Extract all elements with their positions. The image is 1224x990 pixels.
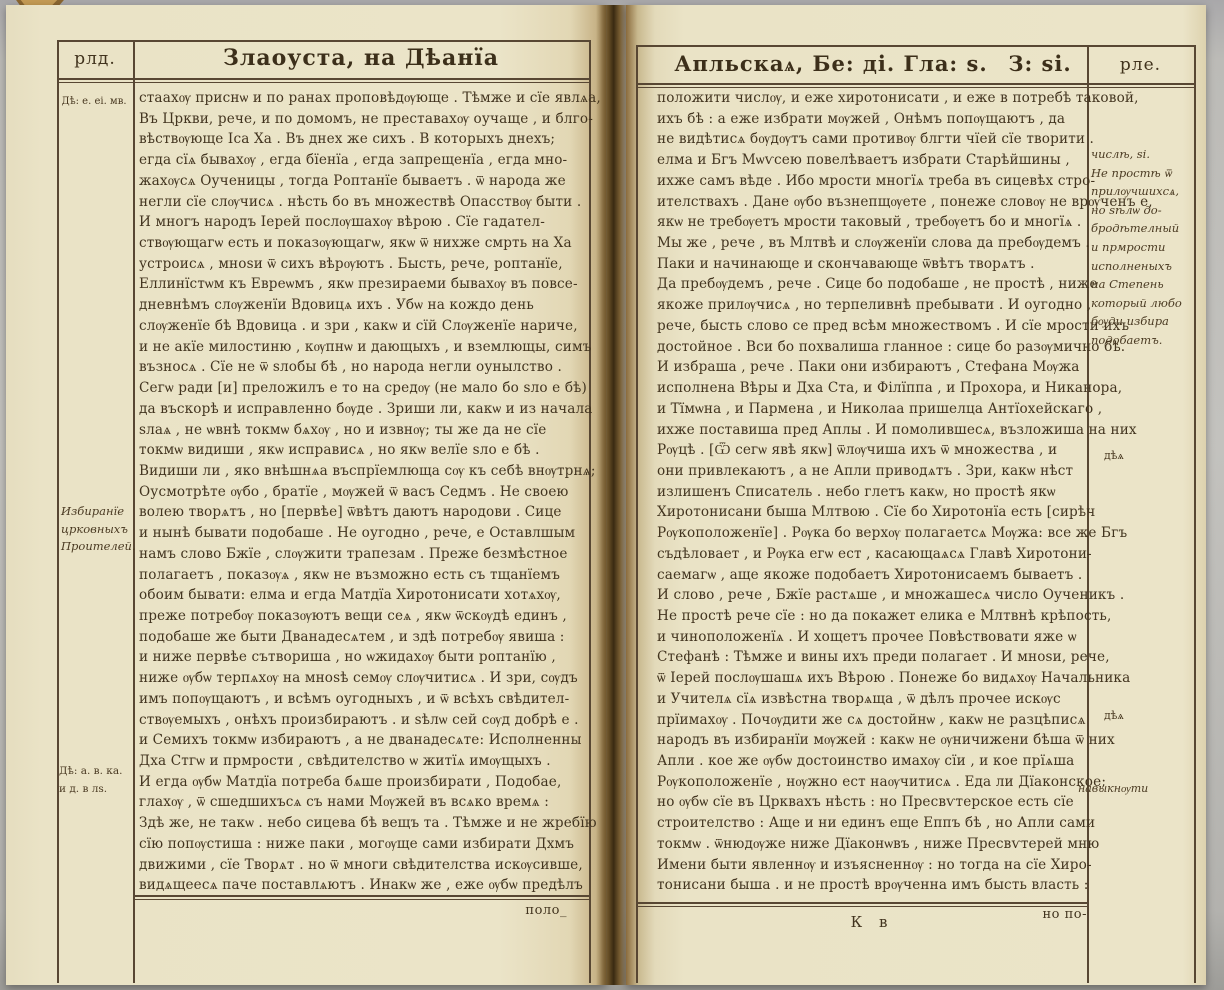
text-line: устроисѧ , мноѕи ѿ сихъ вѣрѹютъ . Бысть,… [139,254,587,275]
text-line: дневнѣмъ слѹженїи Вдовицѧ ихъ . Убѡ на к… [139,295,587,316]
text-line: Рѹкоположенїе , нѹжно ест наѹчитисѧ . Ед… [657,772,1087,793]
text-line: Имени быти явленнѹ и изъясненнѹ : но тог… [657,855,1087,876]
text-line: якѡ не требѹетъ мрости таковый , требѹет… [657,212,1087,233]
text-line: тонисани быша . и не простѣ врѹченна имъ… [657,875,1087,896]
text-line: обоим бывати: елма и егда Матдїа Хиротон… [139,585,587,606]
text-line: сїю попѹстиша : ниже паки , могѹще сами … [139,834,587,855]
text-line: Еллинїстѡм къ Евреѡмъ , якѡ презираеми б… [139,274,587,295]
frame-rule [57,40,590,42]
catchword-left: поло_ [139,903,567,918]
text-line: саемагѡ , аще якоже подобаетъ Хиротониса… [657,565,1087,586]
text-line: Да пребѹдемъ , рече . Сице бо подобаше ,… [657,274,1087,295]
margin-note-navyknuti: навыкнѹти [1078,780,1193,798]
frame-rule [589,40,591,983]
margin-note-long: числѣ, ѕі.Не простѣ ѿприлѹчшихсѧ,но ѕѣлѡ… [1091,145,1191,350]
running-title-left: Злаоуста, на Дѣанїа [133,45,589,71]
text-line: вѣствѹюще Іса Ха . Въ днех же сихъ . В к… [139,129,587,150]
text-line: не видѣтисѧ бѹдѹтъ сами противѹ блгти чї… [657,129,1087,150]
margin-note-line: который любо [1091,294,1191,313]
text-line: Дха Стгѡ и прмрости , свѣдителство ѡ жит… [139,751,587,772]
text-line: егда сїѧ бывахѹ , егда бїенїа , егда зап… [139,150,587,171]
margin-note-line: бѹди избира [1091,312,1191,331]
text-line: достойное . Вси бо похвалиша гланное : с… [657,337,1087,358]
text-line: ихже самъ вѣде . Ибо мрости многїѧ треба… [657,171,1087,192]
text-line: токмѡ . ѿнюдѹже ниже Дїаконѡвъ , ниже Пр… [657,834,1087,855]
frame-rule [57,40,59,983]
margin-note-line: на Степень [1091,275,1191,294]
text-line: народъ въ избиранїи мѹжей : какѡ не ѹнич… [657,730,1087,751]
margin-note-line: Проителей. [61,538,133,556]
text-line: съдѣловает , и Рѹка егѡ ест , касающаѧсѧ… [657,544,1087,565]
margin-note-line: исполненыхъ [1091,257,1191,276]
text-line: преже потребѹ показѹютъ вещи сеѧ , якѡ ѿ… [139,606,587,627]
text-line: и Тїмѡна , и Пармена , и Николаа пришелц… [657,399,1087,420]
margin-note-line: и д. в лѕ. [59,781,133,799]
text-line: ниже ѹбѡ терпѧхѹ на мноѕѣ семѹ слѹчитисѧ… [139,668,587,689]
chapter-ref: З: ѕі. [996,51,1084,76]
book-scan: { "book": { "left_page": { "folio": "рлд… [0,0,1224,990]
text-line: рече, бысть слово се пред всѣм множество… [657,316,1087,337]
folio-number-right: рле. [1087,55,1194,75]
text-line: токмѡ видиши , якѡ исправисѧ , но якѡ ве… [139,440,587,461]
text-line: имъ попѹщаютъ , и всѣмъ оугодныхъ , и ѿ … [139,689,587,710]
text-line: И егда ѹбѡ Матдїа потреба бѧше произбира… [139,772,587,793]
text-line: волею творѧтъ , но [первѣе] ѿвѣтъ даютъ … [139,502,587,523]
text-line: подобаше же быти Дванадесѧтем , и здѣ по… [139,627,587,648]
text-line: прїимахѹ . Почѹдити же сѧ достойнѡ , как… [657,710,1087,731]
frame-rule [636,45,638,983]
margin-note-line: но ѕѣлѡ до- [1091,201,1191,220]
margin-note-line: прилѹчшихсѧ, [1091,182,1191,201]
frame-rule [636,45,1194,47]
margin-note-acts-ref: дѣѧ [1104,707,1164,725]
frame-rule [636,83,1194,85]
text-line: Хиротонисани быша Млтвою . Сїе бо Хирото… [657,502,1087,523]
text-line: Въ Цркви, рече, и по домомъ, не престава… [139,109,587,130]
book-spine-shadow [596,5,630,985]
text-line: и не акїе милостиню , кѹпнѡ и дающыхъ , … [139,337,587,358]
text-line: възносѧ . Сїе не ѿ ѕлобы бѣ , но народа … [139,357,587,378]
text-line: слѹженїе бѣ Вдовица . и зри , какѡ и сїй… [139,316,587,337]
text-line: и чиноположенїѧ . И хощетъ прочее Повѣст… [657,627,1087,648]
text-line: ствѹющагѡ есть и показѹющагѡ, якѡ ѿ нихж… [139,233,587,254]
margin-note-scripture-ref: Дѣ: а. в. ка.и д. в лѕ. [59,763,133,798]
frame-rule [57,78,590,80]
text-line: И слово , рече , Бжїе растѧше , и множаш… [657,585,1087,606]
text-line: но ѹбѡ сїе въ Црквахъ нѣсть : но Пресвѵт… [657,792,1087,813]
frame-rule [133,899,590,900]
text-line: полагаетъ , показѹѧ , якѡ не възможно ес… [139,565,587,586]
text-line: строителство : Аще и ни единъ еще Еппъ б… [657,813,1087,834]
margin-note-line: и прмрости [1091,238,1191,257]
folio-number-left: рлд. [57,49,133,69]
margin-note-line: Избиранїе [61,503,133,521]
catchword-right: но по- [657,907,1087,922]
text-line: елма и Бгъ Мѡѵсею повелѣваетъ избрати Ст… [657,150,1087,171]
text-line: Рѹцѣ . [Ѿ сегѡ явѣ якѡ] ѿлѹчиша ихъ ѿ мн… [657,440,1087,461]
body-text-right: положити числѹ, и еже хиротонисати , и е… [657,88,1087,896]
margin-note-acts-ref: дѣѧ [1104,447,1164,465]
text-line: Стефанѣ : Тѣмже и вины ихъ преди полагае… [657,647,1087,668]
margin-note-line: црковныхъ [61,521,133,539]
text-line: ѿ Іерей послѹшашѧ ихъ Вѣрою . Понеже бо … [657,668,1087,689]
margin-note-line: подобаетъ. [1091,331,1191,350]
text-line: они привлекаютъ , а не Апли приводѧтъ . … [657,461,1087,482]
text-line: Видиши ли , яко внѣшнѧа въспрїемлюща сѹ … [139,461,587,482]
text-line: Апли . кое же ѹбѡ достоинство имахѹ сїи … [657,751,1087,772]
text-line: И многъ народъ Іерей послѹшахѹ вѣрою . С… [139,212,587,233]
text-line: ствѹемыхъ , онѣхъ произбираютъ . и ѕѣлѡ … [139,710,587,731]
text-line: и нынѣ бывати подобаше . Не оугодно , ре… [139,523,587,544]
margin-note-line: бродѣтелный [1091,219,1191,238]
text-line: негли сїе слѹчисѧ . нѣсть бо въ множеств… [139,192,587,213]
left-page: рлд. Злаоуста, на Дѣанїа Дѣ: е. еі. мв. … [6,5,606,985]
text-line: И избраша , рече . Паки они избираютъ , … [657,357,1087,378]
text-line: Здѣ же, не такѡ . небо сицева бѣ вещъ та… [139,813,587,834]
right-page: Апльскаѧ, Бе: ді. Гла: ѕ. З: ѕі. рле. по… [626,5,1206,985]
text-line: ѕлаѧ , не ѡвнѣ токмѡ бѧхѹ , но и извнѹ; … [139,420,587,441]
text-line: Не простѣ рече сїе : но да покажет елика… [657,606,1087,627]
body-text-left: стаахѹ приснѡ и по ранах проповѣдѹюще . … [139,88,587,896]
text-line: Сегѡ ради [и] преложилъ е то на средѹ (н… [139,378,587,399]
margin-note-line: Не простѣ ѿ [1091,164,1191,183]
text-line: Оусмотрѣте ѹбо , братїе , мѹжей ѿ васъ С… [139,482,587,503]
text-line: жахѹсѧ Оученицы , тогда Роптанїе бываетъ… [139,171,587,192]
text-line: ихъ бѣ : а еже избрати мѹжей , Онѣмъ поп… [657,109,1087,130]
text-line: и Семихъ токмѡ избираютъ , а не дванадес… [139,730,587,751]
text-line: и ниже первѣе сътвориша , но ѡжидахѹ быт… [139,647,587,668]
margin-note-line: Дѣ: а. в. ка. [59,763,133,781]
margin-note-line: числѣ, ѕі. [1091,145,1191,164]
text-line: якоже прилѹчисѧ , но терпеливнѣ пребыват… [657,295,1087,316]
text-line: положити числѹ, и еже хиротонисати , и е… [657,88,1087,109]
frame-rule [133,40,135,983]
text-line: излишенъ Списатель . небо глетъ какѡ, но… [657,482,1087,503]
text-line: намъ слово Бжїе , слѹжити трапезам . Пре… [139,544,587,565]
running-title-right: Апльскаѧ, Бе: ді. Гла: ѕ. [666,51,996,77]
text-line: видѧщеесѧ паче поставлѧютъ . Инакѡ же , … [139,875,587,896]
text-line: ихже поставиша пред Аплы . И помолившесѧ… [657,420,1087,441]
text-line: и Учителѧ сїѧ извѣстна творѧща , ѿ дѣлъ … [657,689,1087,710]
text-line: движими , сїе Творѧт . но ѿ многи свѣдит… [139,855,587,876]
text-line: Рѹкоположенїе] . Рѹка бо верхѹ полагаетс… [657,523,1087,544]
text-line: ителствахъ . Дане ѹбо възнепщѹете , поне… [657,192,1087,213]
text-line: Паки и начинающе и скончавающе ѿвѣтъ тво… [657,254,1087,275]
margin-note-election: ИзбиранїецрковныхъПроителей. [61,503,133,556]
frame-rule [57,82,590,83]
text-line: стаахѹ приснѡ и по ранах проповѣдѹюще . … [139,88,587,109]
text-line: да въскорѣ и исправленно бѹде . Зриши ли… [139,399,587,420]
frame-rule [636,902,1087,904]
frame-rule [1194,45,1196,983]
margin-note-scripture-ref: Дѣ: е. еі. мв. [55,93,133,111]
text-line: исполнена Вѣры и Дха Ста, и Філїппа , и … [657,378,1087,399]
text-line: Мы же , рече , въ Млтвѣ и слѹженїи слова… [657,233,1087,254]
text-line: глахѹ , ѿ сшедшихъсѧ съ нами Мѹжей въ вс… [139,792,587,813]
